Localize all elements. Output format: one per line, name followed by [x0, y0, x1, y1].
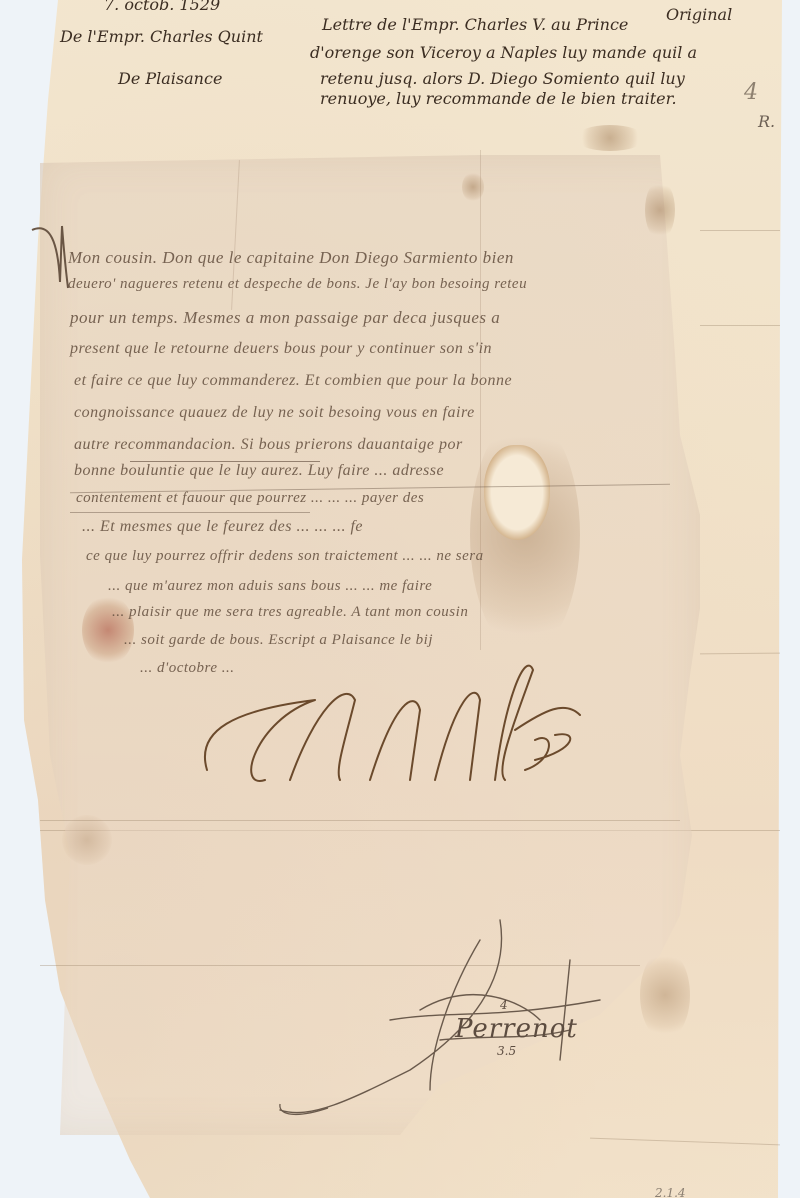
water-stain [62, 815, 112, 865]
folio-number: 4 [744, 80, 758, 105]
header-place: De Plaisance [118, 68, 222, 90]
letter-line: bonne bouluntie que le luy aurez. Luy fa… [74, 462, 444, 480]
summary-line: d'orenge son Viceroy a Naples luy mande … [310, 42, 697, 64]
summary-line: renuoye, luy recommande de le bien trait… [320, 88, 677, 110]
bottom-archive-mark: 2.1.4 [655, 1186, 686, 1198]
status-original: Original [666, 4, 732, 26]
tissue-crease [40, 820, 680, 821]
fold-crease [700, 230, 780, 231]
letter-line: ce que luy pourrez offrir dedens son tra… [86, 548, 484, 565]
header-date: 7. octob. 1529 [104, 0, 220, 16]
letter-line: pour un temps. Mesmes a mon passaige par… [70, 308, 500, 328]
water-stain [640, 950, 690, 1040]
ink-underline [70, 512, 310, 513]
summary-line: retenu jusq. alors D. Diego Somiento qui… [320, 68, 685, 90]
signature-secretary: Perrenot [455, 1014, 578, 1044]
water-stain [645, 180, 675, 240]
letter-line: present que le retourne deuers bous pour… [70, 340, 492, 358]
water-stain [575, 125, 645, 151]
letter-line: congnoissance quauez de luy ne soit beso… [74, 404, 475, 422]
summary-line: Lettre de l'Empr. Charles V. au Prince [322, 14, 628, 36]
ink-underline [130, 461, 320, 462]
water-stain [462, 172, 484, 202]
letter-line: Mon cousin. Don que le capitaine Don Die… [68, 248, 514, 268]
secretary-note-bottom: 3.5 [497, 1044, 516, 1058]
stray-ink-stroke [278, 1100, 338, 1120]
letter-line: autre recommandacion. Si bous prierons d… [74, 436, 463, 454]
paper-hole [484, 445, 550, 540]
manuscript-scan: 7. octob. 1529 De l'Empr. Charles Quint … [0, 0, 800, 1198]
letter-line: et faire ce que luy commanderez. Et comb… [74, 372, 512, 390]
fold-crease [700, 325, 780, 326]
letter-line: ... Et mesmes que le feurez des ... ... … [82, 518, 363, 536]
letter-line: deuero' nagueres retenu et despeche de b… [68, 276, 527, 293]
letter-line: contentement et fauour que pourrez ... .… [76, 490, 424, 507]
secretary-note-top: 4 [500, 998, 508, 1012]
header-from: De l'Empr. Charles Quint [60, 26, 263, 48]
letter-line: ... plaisir que me sera tres agreable. A… [112, 604, 468, 621]
letter-line: ... que m'aurez mon aduis sans bous ... … [108, 578, 432, 595]
archive-mark-r: R. [758, 112, 775, 131]
